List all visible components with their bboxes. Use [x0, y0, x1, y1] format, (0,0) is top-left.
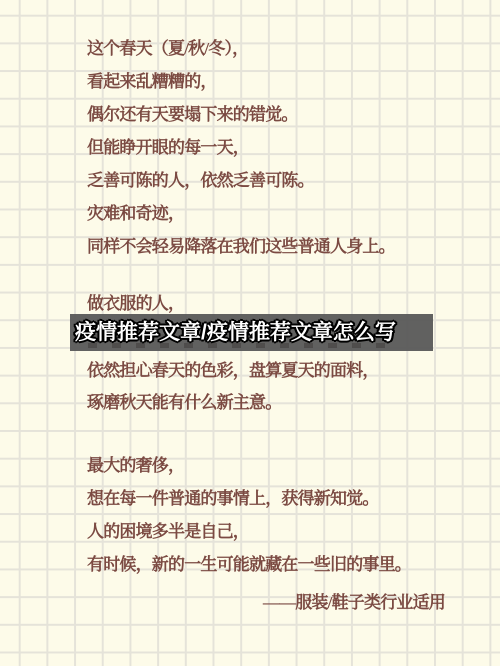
attribution-line: ——服装/鞋子类行业适用	[263, 588, 445, 613]
poem-line: 看起来乱糟糟的，	[87, 71, 217, 92]
title-overlay-band: 疫情推荐文章/疫情推荐文章怎么写	[70, 314, 433, 351]
poem-line: 这个春天（夏/秋/冬），	[87, 38, 248, 59]
poem-line: 琢磨秋天能有什么新主意。	[87, 392, 281, 413]
grid-paper-background: 这个春天（夏/秋/冬）， 看起来乱糟糟的， 偶尔还有天要塌下来的错觉。 但能睁开…	[0, 0, 500, 666]
poem-line: 最大的奢侈，	[87, 455, 184, 476]
poem-line: 偶尔还有天要塌下来的错觉。	[87, 104, 298, 125]
poem-line: 灾难和奇迹，	[87, 203, 184, 224]
poem-line: 想在每一件普通的事情上，获得新知觉。	[87, 488, 379, 509]
poem-line: 有时候，新的一生可能就藏在一些旧的事里。	[87, 554, 411, 575]
poem-line: 人的困境多半是自己，	[87, 521, 249, 542]
poem-line: 乏善可陈的人，依然乏善可陈。	[87, 170, 314, 191]
poem-line: 同样不会轻易降落在我们这些普通人身上。	[87, 236, 395, 257]
poem-line: 做衣服的人，	[87, 293, 184, 314]
poem-line: 但能睁开眼的每一天，	[87, 137, 249, 158]
overlay-title: 疫情推荐文章/疫情推荐文章怎么写	[75, 314, 431, 351]
poem-line: 依然担心春天的色彩，盘算夏天的面料，	[87, 360, 379, 381]
